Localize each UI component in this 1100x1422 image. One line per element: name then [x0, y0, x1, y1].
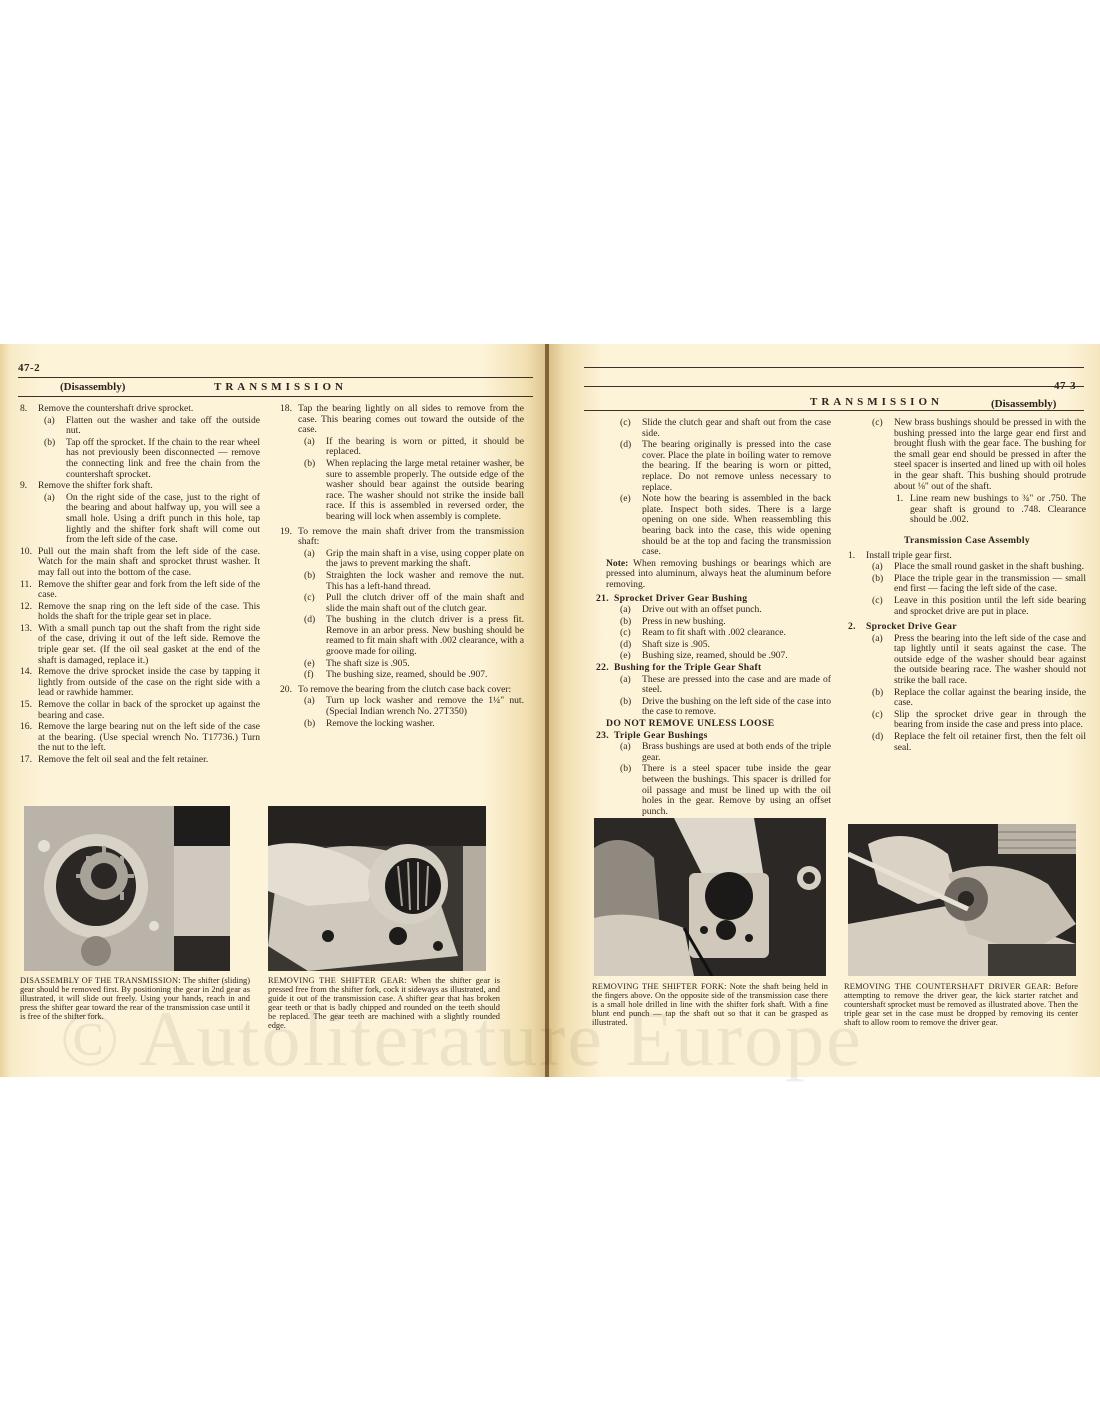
step-14: 14.Remove the drive sprocket inside the … — [20, 667, 260, 699]
step-19e: (e)The shaft size is .905. — [280, 659, 524, 670]
step-9a: (a)On the right side of the case, just t… — [20, 493, 260, 546]
header-rule-top — [584, 367, 1084, 368]
step-13: 13.With a small punch tap out the shaft … — [20, 624, 260, 666]
step-9: 9.Remove the shifter fork shaft. — [20, 481, 260, 492]
step-20a: (a)Turn up lock washer and remove the 1¼… — [280, 696, 524, 717]
step-22-heading: 22.Bushing for the Triple Gear Shaft — [596, 663, 831, 674]
step-19a: (a)Grip the main shaft in a vise, using … — [280, 549, 524, 570]
step-23c: (c)New brass bushings should be pressed … — [848, 418, 1086, 492]
right-page: 47-3 TRANSMISSION (Disassembly) (c)Slide… — [548, 344, 1100, 1077]
step-20c: (c)Slide the clutch gear and shaft out f… — [596, 418, 831, 439]
running-head: (Disassembly) — [991, 398, 1056, 410]
running-head: (Disassembly) — [60, 381, 125, 393]
step-23c-1: 1.Line ream new bushings to ¾" or .750. … — [848, 494, 1086, 526]
right-page-column-2: (c)New brass bushings should be pressed … — [848, 418, 1086, 754]
watermark: © Autoliterature Europe — [60, 994, 863, 1084]
assembly-step-1: 1.Install triple gear first. — [848, 551, 1086, 562]
step-22b: (b)Drive the bushing on the left side of… — [596, 697, 831, 718]
step-18: 18.Tap the bearing lightly on all sides … — [280, 404, 524, 436]
step-21d: (d)Shaft size is .905. — [596, 640, 831, 651]
step-21a: (a)Drive out with an offset punch. — [596, 605, 831, 616]
step-23a: (a)Brass bushings are used at both ends … — [596, 742, 831, 763]
assembly-step-1a: (a)Place the small round gasket in the s… — [848, 562, 1086, 573]
step-22a: (a)These are pressed into the case and a… — [596, 675, 831, 696]
assembly-step-2b: (b)Replace the collar against the bearin… — [848, 688, 1086, 709]
transmission-disassembly-photo — [24, 806, 230, 971]
assembly-step-2a: (a)Press the bearing into the left side … — [848, 634, 1086, 687]
warning-heading: DO NOT REMOVE UNLESS LOOSE — [596, 719, 831, 730]
step-20d: (d)The bearing originally is pressed int… — [596, 440, 831, 493]
section-title: TRANSMISSION — [810, 396, 943, 408]
step-19f: (f)The bushing size, reamed, should be .… — [280, 670, 524, 681]
book-spine — [545, 344, 549, 1077]
figure-caption-4: REMOVING THE COUNTERSHAFT DRIVER GEAR: B… — [844, 982, 1078, 1027]
header-rule-top — [18, 377, 533, 378]
step-23b: (b)There is a steel spacer tube inside t… — [596, 764, 831, 817]
step-18a: (a)If the bearing is worn or pitted, it … — [280, 437, 524, 458]
step-23-heading: 23.Triple Gear Bushings — [596, 731, 831, 742]
step-21-heading: 21.Sprocket Driver Gear Bushing — [596, 594, 831, 605]
step-11: 11.Remove the shifter gear and fork from… — [20, 580, 260, 601]
step-16: 16.Remove the large bearing nut on the l… — [20, 722, 260, 754]
shifter-fork-removal-photo — [594, 818, 826, 976]
note-paragraph: Note: When removing bushings or bearings… — [596, 559, 831, 591]
section-title: TRANSMISSION — [214, 381, 347, 393]
step-19c: (c)Pull the clutch driver off of the mai… — [280, 593, 524, 614]
page-number: 47-2 — [18, 362, 40, 374]
header-rule-mid — [584, 386, 1084, 387]
step-8b: (b)Tap off the sprocket. If the chain to… — [20, 438, 260, 480]
step-8a: (a)Flatten out the washer and take off t… — [20, 416, 260, 437]
assembly-step-2c: (c)Slip the sprocket drive gear in throu… — [848, 710, 1086, 731]
assembly-step-2d: (d)Replace the felt oil retainer first, … — [848, 732, 1086, 753]
step-19: 19.To remove the main shaft driver from … — [280, 527, 524, 548]
header-rule-bottom — [584, 410, 1084, 411]
step-20e: (e)Note how the bearing is assembled in … — [596, 494, 831, 558]
step-18b: (b)When replacing the large metal retain… — [280, 459, 524, 523]
shifter-gear-removal-photo — [268, 806, 486, 971]
left-page-column-1: 8.Remove the countershaft drive sprocket… — [20, 404, 260, 767]
step-12: 12.Remove the snap ring on the left side… — [20, 602, 260, 623]
right-page-column-1: (c)Slide the clutch gear and shaft out f… — [596, 418, 831, 818]
assembly-step-1b: (b)Place the triple gear in the transmis… — [848, 574, 1086, 595]
step-21c: (c)Ream to fit shaft with .002 clearance… — [596, 628, 831, 639]
step-21b: (b)Press in new bushing. — [596, 617, 831, 628]
header-rule-bottom — [18, 396, 533, 397]
step-17: 17.Remove the felt oil seal and the felt… — [20, 755, 260, 766]
step-20b: (b)Remove the locking washer. — [280, 719, 524, 730]
left-page-column-2: 18.Tap the bearing lightly on all sides … — [280, 404, 524, 730]
assembly-step-1c: (c)Leave in this position until the left… — [848, 596, 1086, 617]
assembly-step-2-heading: 2.Sprocket Drive Gear — [848, 622, 1086, 633]
step-20: 20.To remove the bearing from the clutch… — [280, 685, 524, 696]
step-10: 10.Pull out the main shaft from the left… — [20, 547, 260, 579]
assembly-section-heading: Transmission Case Assembly — [848, 536, 1086, 547]
step-8: 8.Remove the countershaft drive sprocket… — [20, 404, 260, 415]
open-manual-spread: 47-2 (Disassembly) TRANSMISSION 8.Remove… — [0, 344, 1100, 1077]
step-15: 15.Remove the collar in back of the spro… — [20, 700, 260, 721]
step-19b: (b)Straighten the lock washer and remove… — [280, 571, 524, 592]
countershaft-driver-gear-photo — [848, 824, 1076, 976]
step-21e: (e)Bushing size, reamed, should be .907. — [596, 651, 831, 662]
left-page: 47-2 (Disassembly) TRANSMISSION 8.Remove… — [0, 344, 548, 1077]
step-19d: (d)The bushing in the clutch driver is a… — [280, 615, 524, 657]
